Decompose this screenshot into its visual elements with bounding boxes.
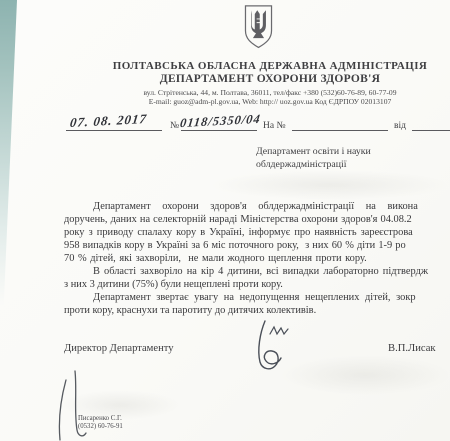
scan-smudge (210, 170, 450, 200)
handwritten-number: 0118/5350/04 (179, 112, 262, 131)
body-line: доручень, даних на селекторній нараді Мі… (64, 214, 412, 225)
scanner-edge-artifact (0, 0, 17, 305)
body-line: В області захворіло на кір 4 дитини, всі… (64, 266, 428, 277)
scanned-letter-page: ПОЛТАВСЬКА ОБЛАСНА ДЕРЖАВНА АДМІНІСТРАЦІ… (0, 0, 450, 441)
body-line: з них 3 дитини (75%) були нещеплені прот… (64, 279, 283, 290)
org-contacts: E-mail: guoz@adm-pl.gov.ua, Web: http://… (149, 97, 392, 106)
body-line: Департамент звертає увагу на недопущення… (64, 292, 416, 303)
ukraine-trident-emblem (243, 4, 274, 50)
trident-icon (243, 4, 274, 50)
executor-name: Писаренко С.Г. (78, 415, 123, 423)
body-line: 958 випадків кору в Україні за 6 міс пот… (64, 240, 406, 251)
number-underline (181, 130, 257, 131)
from-underline (412, 130, 450, 131)
body-line: проти кору, краснухи та паротиту до дитя… (64, 305, 316, 316)
signature-icon (240, 318, 304, 376)
signer-position: Директор Департаменту (64, 343, 174, 354)
org-name-line2: ДЕПАРТАМЕНТ ОХОРОНИ ЗДОРОВ'Я (160, 73, 381, 85)
addressee-block: Департамент освіти і науки облдержадміні… (256, 145, 371, 171)
handwritten-date: 07. 08. 2017 (69, 111, 148, 131)
body-line: 70 % дітей, які захворіли, не мали жодно… (64, 253, 367, 264)
from-label: від (394, 121, 406, 131)
org-address: вул. Стрітенська, 44, м. Полтава, 36011,… (143, 88, 396, 97)
addressee-line2: облдержадміністрації (256, 158, 371, 171)
executor-phone: (0532) 60-76-91 (78, 423, 123, 431)
addressee-line1: Департамент освіти і науки (256, 145, 371, 158)
date-underline (66, 130, 162, 131)
signature-stroke (240, 318, 304, 376)
org-name-line1: ПОЛТАВСЬКА ОБЛАСНА ДЕРЖАВНА АДМІНІСТРАЦІ… (113, 60, 427, 72)
body-line: Департамент охорони здоров'я облдержадмі… (64, 201, 418, 212)
number-label: № (170, 121, 179, 131)
reply-to-label: На № (263, 121, 286, 131)
scan-smudge (280, 355, 450, 395)
reply-underline (292, 130, 388, 131)
body-line: року з приводу спалаху кору в Україні, і… (64, 227, 413, 238)
signer-name: В.П.Лисак (388, 343, 436, 354)
executor-block: Писаренко С.Г. (0532) 60-76-91 (78, 415, 123, 431)
